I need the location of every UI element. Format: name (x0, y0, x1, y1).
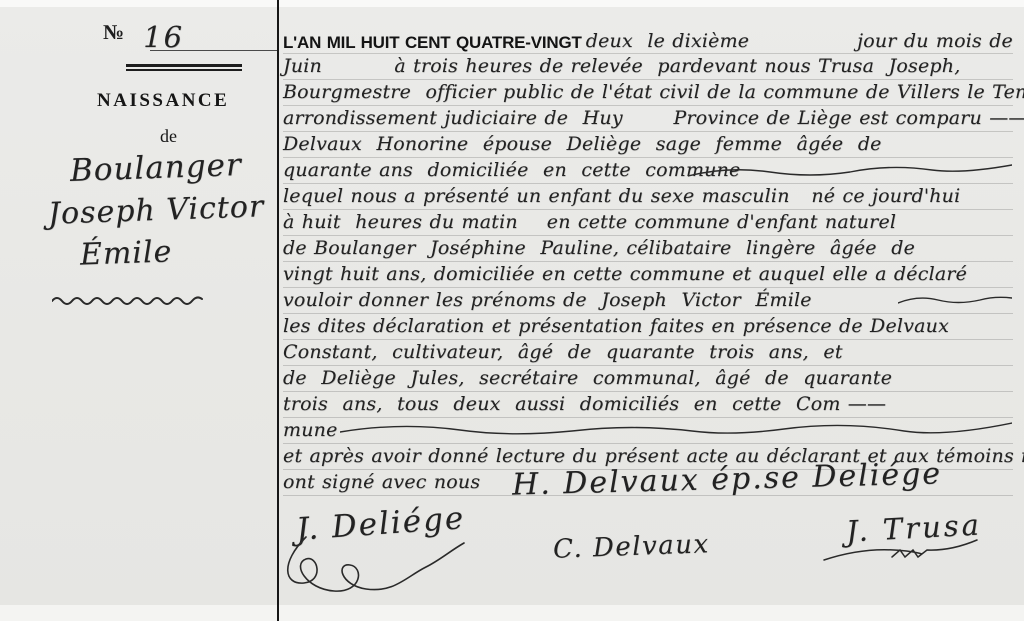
body-line: Delvaux Honorine épouse Deliège sage fem… (283, 132, 1013, 158)
body-line: Juin à trois heures de relevée pardevant… (283, 54, 1013, 80)
body-line: trois ans, tous deux aussi domiciliés en… (283, 392, 1013, 418)
act-number-value: 16 (143, 20, 184, 54)
line-fill-wave-icon (898, 294, 1012, 306)
signature-witness-delvaux: C. Delvaux (553, 529, 711, 564)
day-of-month-fill: jour du mois de (857, 29, 1013, 54)
margin-squiggle-icon (52, 292, 212, 306)
body-line: lequel nous a présenté un enfant du sexe… (283, 184, 1013, 210)
body-line: L'AN MIL HUIT CENT QUATRE-VINGT deux le … (283, 28, 1013, 54)
line-fill-wave-icon (340, 419, 1012, 437)
child-given-names-2: Émile (79, 234, 172, 272)
body-line: arrondissement judiciaire de Huy Provinc… (283, 106, 1013, 132)
body-line: de Boulanger Joséphine Pauline, célibata… (283, 236, 1013, 262)
body-line: vingt huit ans, domiciliée en cette comm… (283, 262, 1013, 288)
child-given-names: Joseph Victor (47, 189, 264, 232)
act-number-rule (150, 50, 278, 51)
record-type-title: NAISSANCE (97, 90, 229, 112)
act-number: № 16 (103, 20, 184, 54)
margin-double-rule (126, 64, 242, 71)
signature-flourish-icon (278, 533, 468, 595)
body-line: de Deliège Jules, secrétaire communal, â… (283, 366, 1013, 392)
act-number-label: № (103, 20, 124, 44)
year-day-fill: deux le dixième (586, 29, 750, 54)
birth-certificate-scan: № 16 NAISSANCE de Boulanger Joseph Victo… (0, 0, 1024, 621)
body-line: les dites déclaration et présentation fa… (283, 314, 1013, 340)
line-fill-wave-icon (688, 164, 1012, 180)
scan-bottom-edge (0, 605, 1024, 621)
body-line: Bourgmestre officier public de l'état ci… (283, 80, 1013, 106)
body-line: à huit heures du matin en cette commune … (283, 210, 1013, 236)
printed-opening: L'AN MIL HUIT CENT QUATRE-VINGT (283, 32, 582, 54)
body-line: Constant, cultivateur, âgé de quarante t… (283, 340, 1013, 366)
child-surname: Boulanger (69, 147, 242, 189)
scan-top-edge (0, 0, 1024, 7)
signature-flourish-icon (822, 538, 998, 564)
record-type-de: de (160, 126, 177, 147)
column-divider-rule (277, 0, 279, 621)
